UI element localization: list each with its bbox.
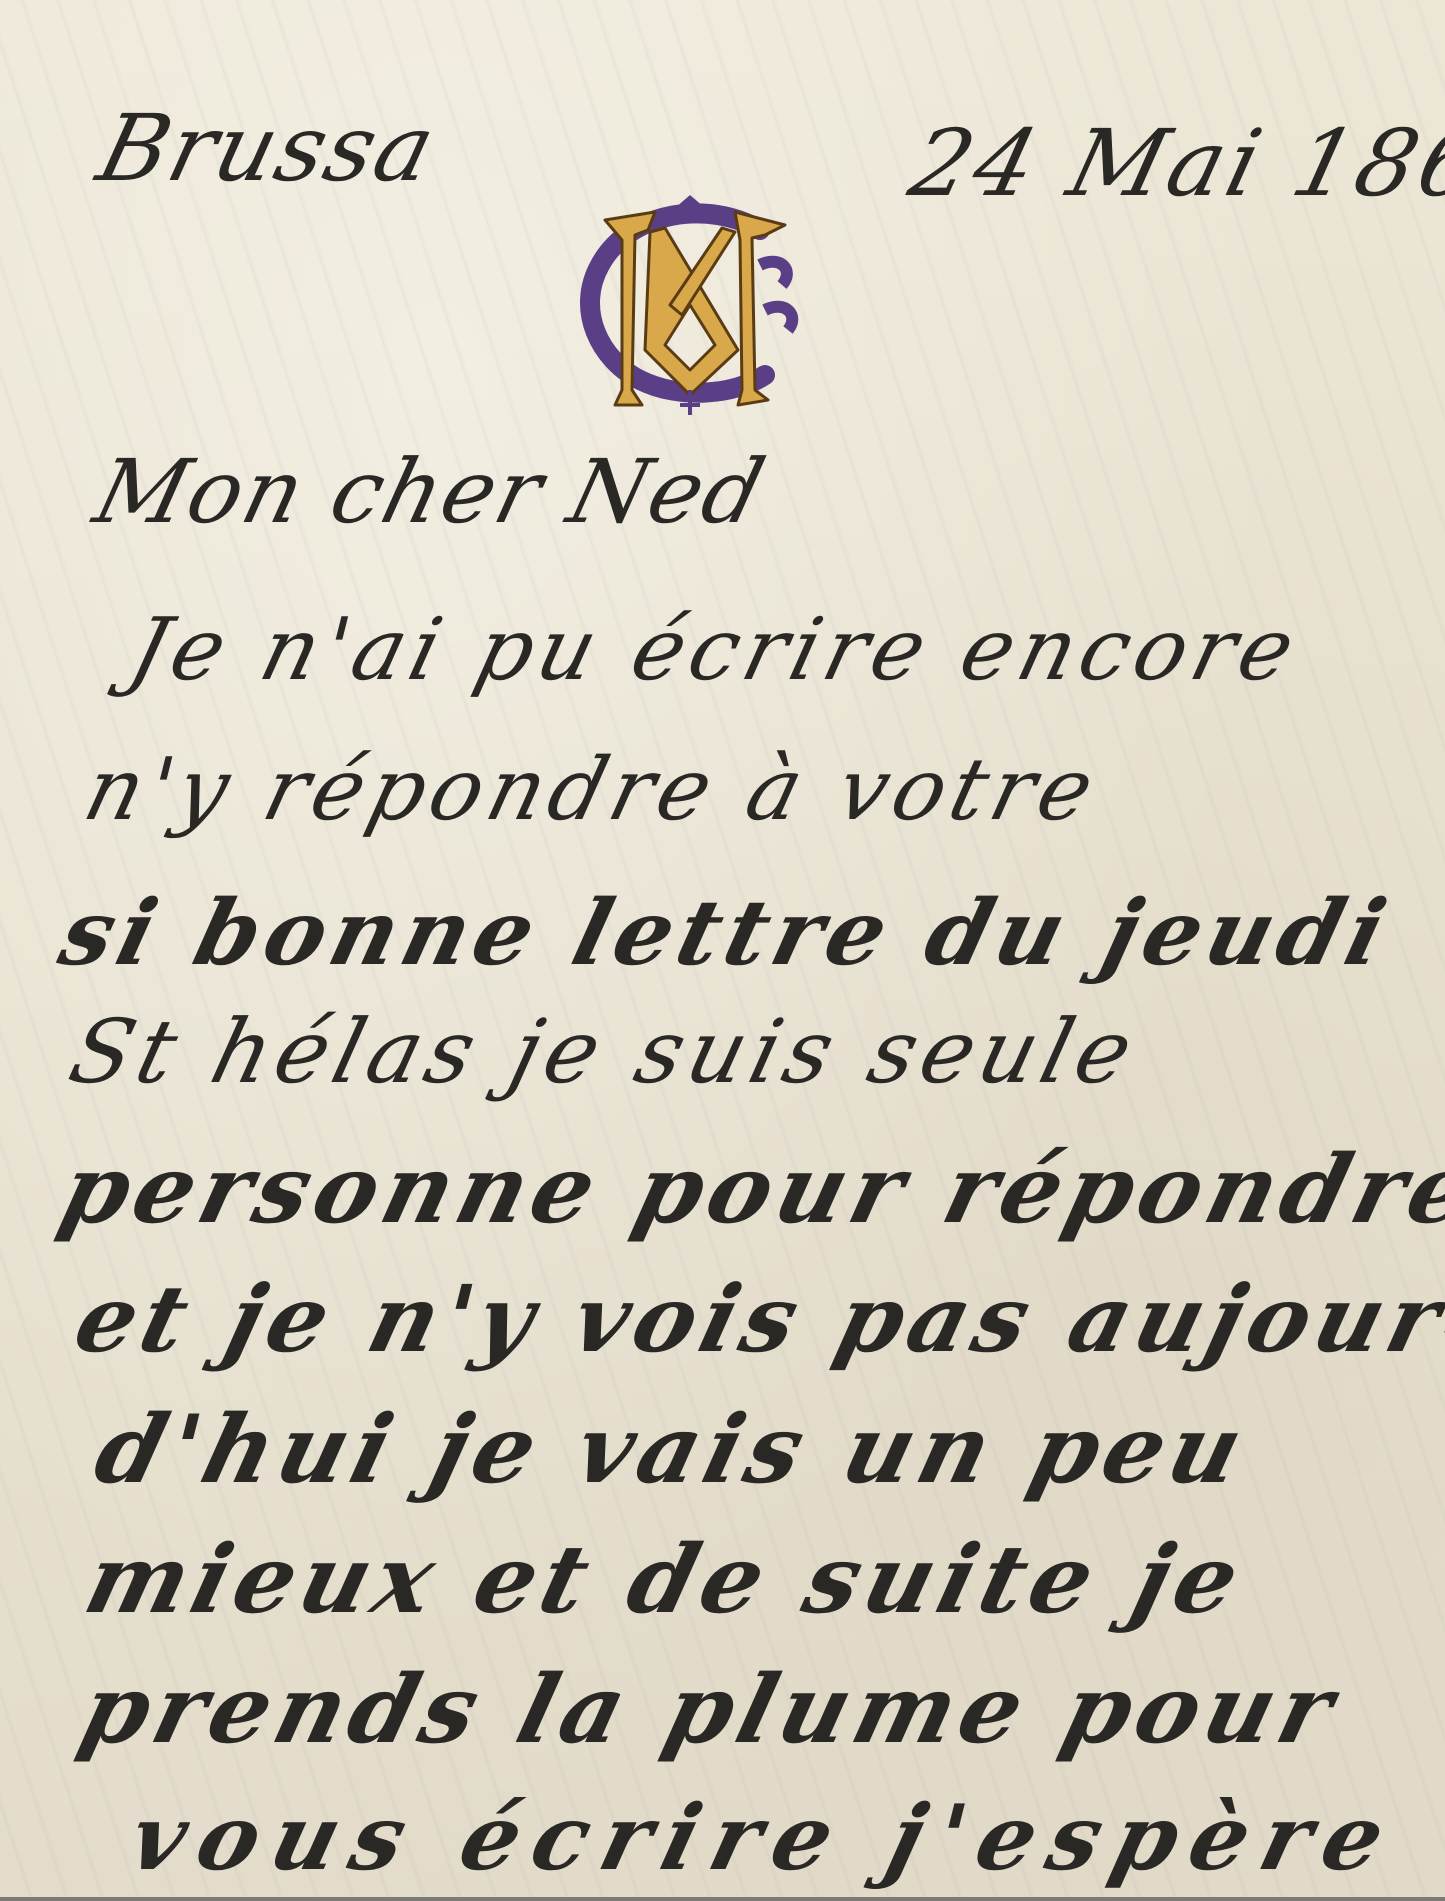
letter-body-line: d'hui je vais un peu: [85, 1395, 1259, 1505]
letter-body-line: n'y répondre à votre: [75, 740, 1109, 840]
letter-body-line: St hélas je suis seule: [60, 1000, 1148, 1103]
letter-date: 24 Mai 1869: [900, 110, 1445, 217]
letter-greeting: Mon cher Ned: [85, 440, 776, 543]
letter-body-line: mieux et de suite je: [75, 1525, 1255, 1635]
letter-body-line: Je n'ai pu écrire encore: [120, 600, 1310, 700]
letter-page: Brussa 24 Mai 1869 Mon cher Ned Je n'ai …: [0, 0, 1445, 1901]
letter-body-line: si bonne lettre du jeudi: [50, 880, 1402, 986]
letter-place: Brussa: [88, 95, 447, 202]
letter-body-line: et je n'y vois pas aujour-: [65, 1265, 1445, 1373]
letter-body-line: prends la plume pour: [70, 1655, 1350, 1765]
monogram-icon: [560, 190, 820, 420]
letter-body-line: personne pour répondre: [50, 1135, 1445, 1245]
letter-body-line: vous écrire j'espère: [120, 1785, 1409, 1891]
paper-bottom-edge: [0, 1897, 1445, 1901]
